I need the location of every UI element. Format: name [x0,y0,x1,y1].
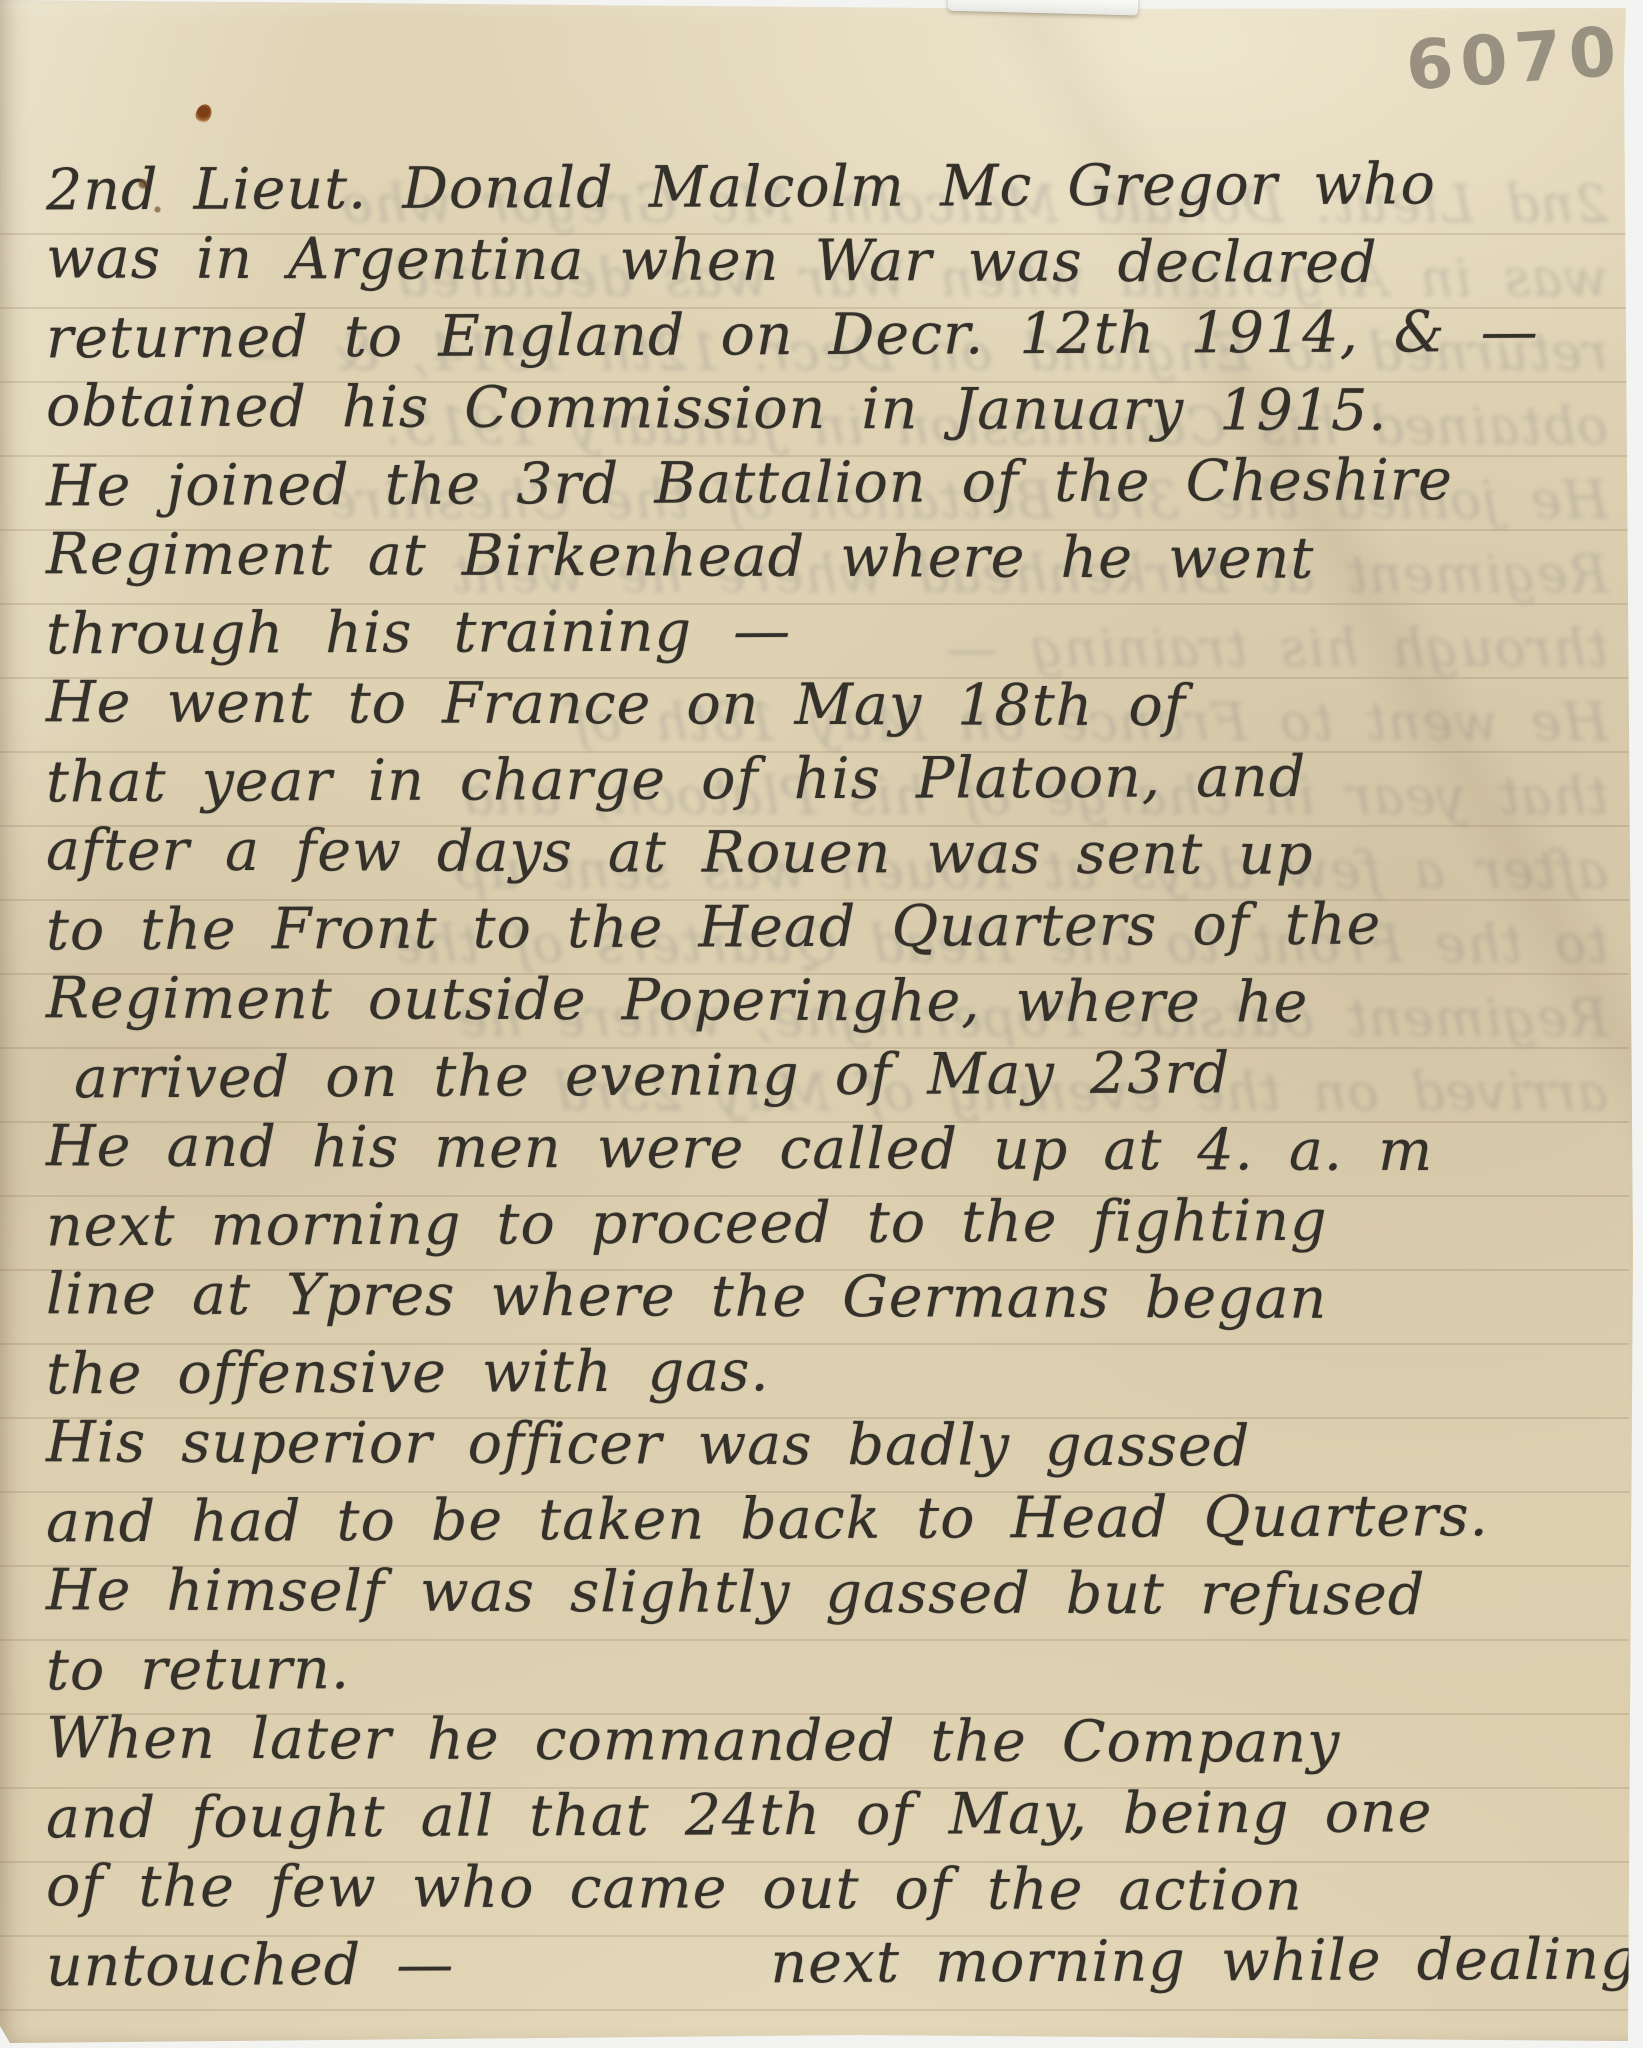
manuscript-line: to return. [46,1627,1606,1708]
manuscript-line: after a few days at Rouen was sent up [46,813,1606,892]
manuscript-line: He went to France on May 18th of [46,665,1606,744]
manuscript-line: that year in charge of his Platoon, and [46,739,1606,820]
manuscript-line: returned to England on Decr. 12th 1914, … [46,295,1606,376]
manuscript-line: the offensive with gas. [46,1331,1606,1412]
manuscript-line: Regiment at Birkenhead where he went [46,517,1606,596]
manuscript-line: He and his men were called up at 4. a. m [46,1109,1606,1188]
manuscript-line: 2nd Lieut. Donald Malcolm Mc Gregor who [46,147,1606,228]
rust-stain [154,206,161,213]
manuscript-line: He himself was slightly gassed but refus… [46,1553,1606,1632]
rust-stain [193,102,215,126]
manuscript-line: of the few who came out of the action [46,1849,1606,1928]
manuscript-line: He joined the 3rd Battalion of the Chesh… [46,443,1606,524]
manuscript-line: Regiment outside Poperinghe, where he [46,961,1606,1040]
rust-stain [138,178,148,190]
manuscript-line: His superior officer was badly gassed [46,1405,1606,1484]
manuscript-line: through his training — [46,591,1606,672]
manuscript-line: When later he commanded the Company [46,1701,1606,1780]
manuscript-line: to the Front to the Head Quarters of the [46,887,1606,968]
manuscript-line: untouched — next morning while dealing [46,1923,1606,2004]
manuscript-line: next morning to proceed to the fighting [46,1183,1606,1264]
manuscript-line: and had to be taken back to Head Quarter… [46,1479,1606,1560]
paper-sheet: 2nd Lieut. Donald Malcolm Mc Gregor whow… [0,0,1643,2048]
manuscript-text: 2nd Lieut. Donald Malcolm Mc Gregor whow… [46,150,1606,2000]
manuscript-line: obtained his Commission in January 1915. [46,369,1606,448]
manuscript-line: line at Ypres where the Germans began [46,1257,1606,1336]
manuscript-line: arrived on the evening of May 23rd [74,1035,1606,1116]
manuscript-line: was in Argentina when War was declared [46,221,1606,300]
manuscript-line: and fought all that 24th of May, being o… [46,1775,1606,1856]
archival-number: 6070 [1404,19,1625,102]
scanned-page: 2nd Lieut. Donald Malcolm Mc Gregor whow… [0,0,1643,2048]
